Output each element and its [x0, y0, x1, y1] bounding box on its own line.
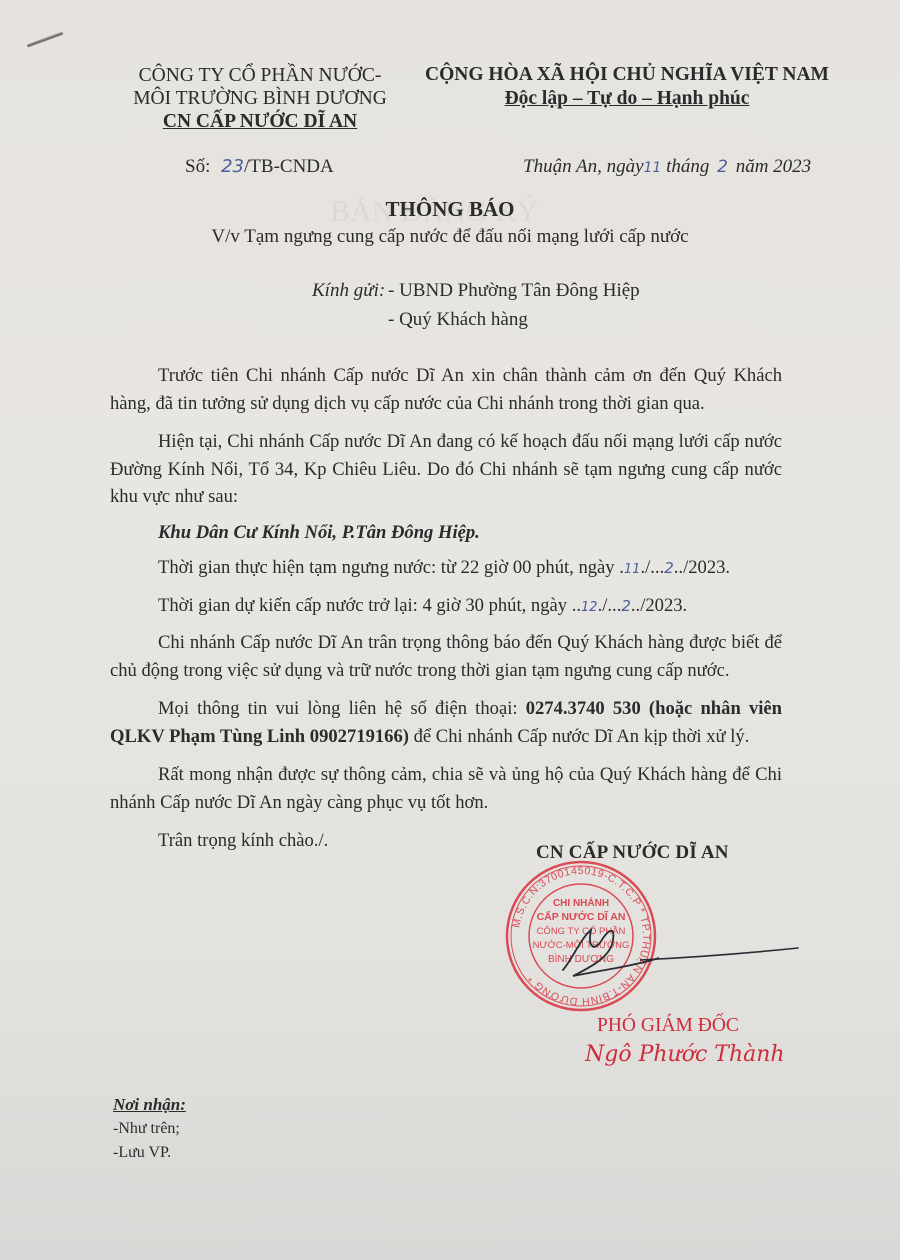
affected-area: Khu Dân Cư Kính Nổi, P.Tân Đông Hiệp. — [110, 519, 782, 547]
stop-time: Thời gian thực hiện tạm ngưng nước: từ 2… — [110, 554, 782, 584]
handwritten-stop-day: 11 — [624, 562, 641, 577]
svg-text:BÌNH DƯƠNG: BÌNH DƯƠNG — [548, 952, 614, 965]
signer-name: Ngô Phước Thành — [585, 1042, 785, 1067]
handwritten-resume-month: 2 — [621, 597, 631, 615]
document-subject: V/v Tạm ngưng cung cấp nước để đấu nối m… — [0, 226, 900, 248]
recipients-block: Kính gửi:- UBND Phường Tân Đông Hiệp - Q… — [312, 276, 640, 334]
paragraph-thanks: Trước tiên Chi nhánh Cấp nước Dĩ An xin … — [110, 362, 782, 417]
handwritten-stop-month: 2 — [664, 559, 674, 577]
document-title: THÔNG BÁO — [0, 197, 900, 222]
handwritten-resume-day: 12 — [581, 600, 598, 615]
receivers-heading: Nơi nhận: — [113, 1093, 186, 1117]
resume-time: Thời gian dự kiến cấp nước trở lại: 4 gi… — [110, 592, 782, 622]
issuing-organization: CÔNG TY CỔ PHẦN NƯỚC- MÔI TRƯỜNG BÌNH DƯ… — [110, 64, 410, 133]
national-heading: CỘNG HÒA XÃ HỘI CHỦ NGHĨA VIỆT NAM Độc l… — [402, 63, 852, 111]
notice-body: Trước tiên Chi nhánh Cấp nước Dĩ An xin … — [110, 362, 782, 866]
document-date: Thuận An, ngày11 tháng 2 năm 2023 — [523, 156, 811, 178]
paragraph-advice: Chi nhánh Cấp nước Dĩ An trân trọng thôn… — [110, 629, 782, 684]
nation-title: CỘNG HÒA XÃ HỘI CHỦ NGHĨA VIỆT NAM — [402, 63, 852, 87]
org-line-1: CÔNG TY CỔ PHẦN NƯỚC- — [110, 64, 410, 87]
branch-name: CN CẤP NƯỚC DĨ AN — [110, 110, 410, 133]
notice-document: BẢN ĐĂNG KÝ CÔNG TY CỔ PHẦN NƯỚC- MÔI TR… — [0, 0, 900, 1260]
handwritten-day: 11 — [644, 160, 662, 176]
org-line-2: MÔI TRƯỜNG BÌNH DƯƠNG — [110, 87, 410, 110]
recipients-label: Kính gửi: — [312, 276, 388, 305]
receiver-item: -Như trên; — [113, 1117, 186, 1141]
paragraph-apology: Rất mong nhận được sự thông cảm, chia sẽ… — [110, 761, 782, 816]
paragraph-plan: Hiện tại, Chi nhánh Cấp nước Dĩ An đang … — [110, 428, 782, 511]
signer-title: PHÓ GIÁM ĐỐC — [597, 1015, 739, 1037]
svg-text:CHI NHÁNH: CHI NHÁNH — [553, 896, 609, 909]
svg-text:CẤP NƯỚC DĨ AN: CẤP NƯỚC DĨ AN — [537, 910, 626, 923]
handwritten-number: 23 — [221, 156, 244, 177]
document-number: Số: 23/TB-CNDA — [185, 156, 334, 178]
recipient-item: - UBND Phường Tân Đông Hiệp — [388, 280, 640, 301]
paragraph-contact: Mọi thông tin vui lòng liên hệ số điện t… — [110, 695, 782, 750]
signature-tail — [640, 940, 800, 980]
recipient-item: - Quý Khách hàng — [388, 309, 528, 330]
red-seal-stamp: M.S.C.N:3700145019-C.T.C.P * TP.THUẬN AN… — [503, 858, 659, 1014]
handwritten-month: 2 — [717, 157, 728, 177]
staple-mark — [27, 32, 64, 48]
receivers-block: Nơi nhận: -Như trên; -Lưu VP. — [113, 1093, 186, 1165]
national-motto: Độc lập – Tự do – Hạnh phúc — [402, 87, 852, 111]
receiver-item: -Lưu VP. — [113, 1141, 186, 1165]
